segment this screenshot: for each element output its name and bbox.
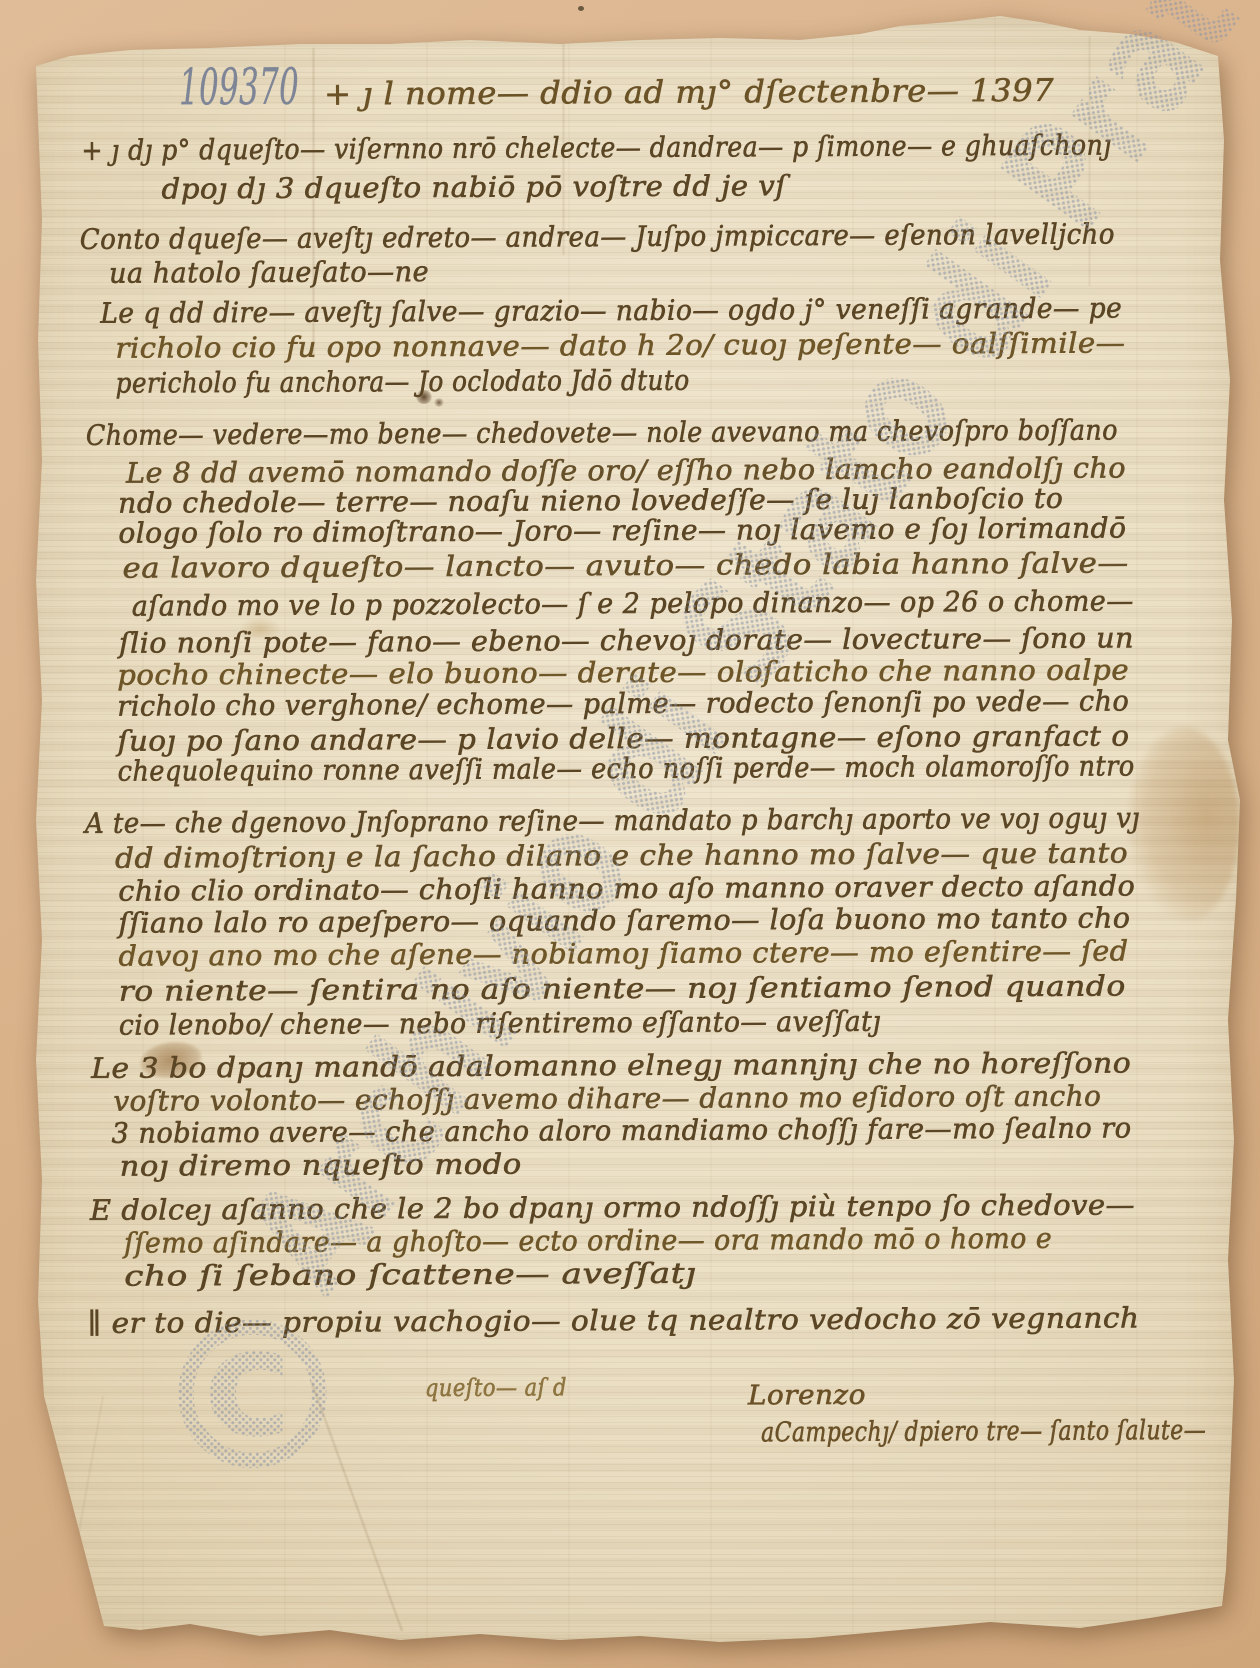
archive-name-watermark: Archivio di Stato di Prato — [214, 0, 1260, 1321]
copyright-symbol-watermark: © — [150, 1279, 355, 1517]
scanned-manuscript-page: 109370+ ȷ l nome— ddio ad mȷ° dſectenbre… — [0, 0, 1260, 1668]
watermark-layer: © Archivio di Stato di Prato — [0, 0, 1260, 1668]
